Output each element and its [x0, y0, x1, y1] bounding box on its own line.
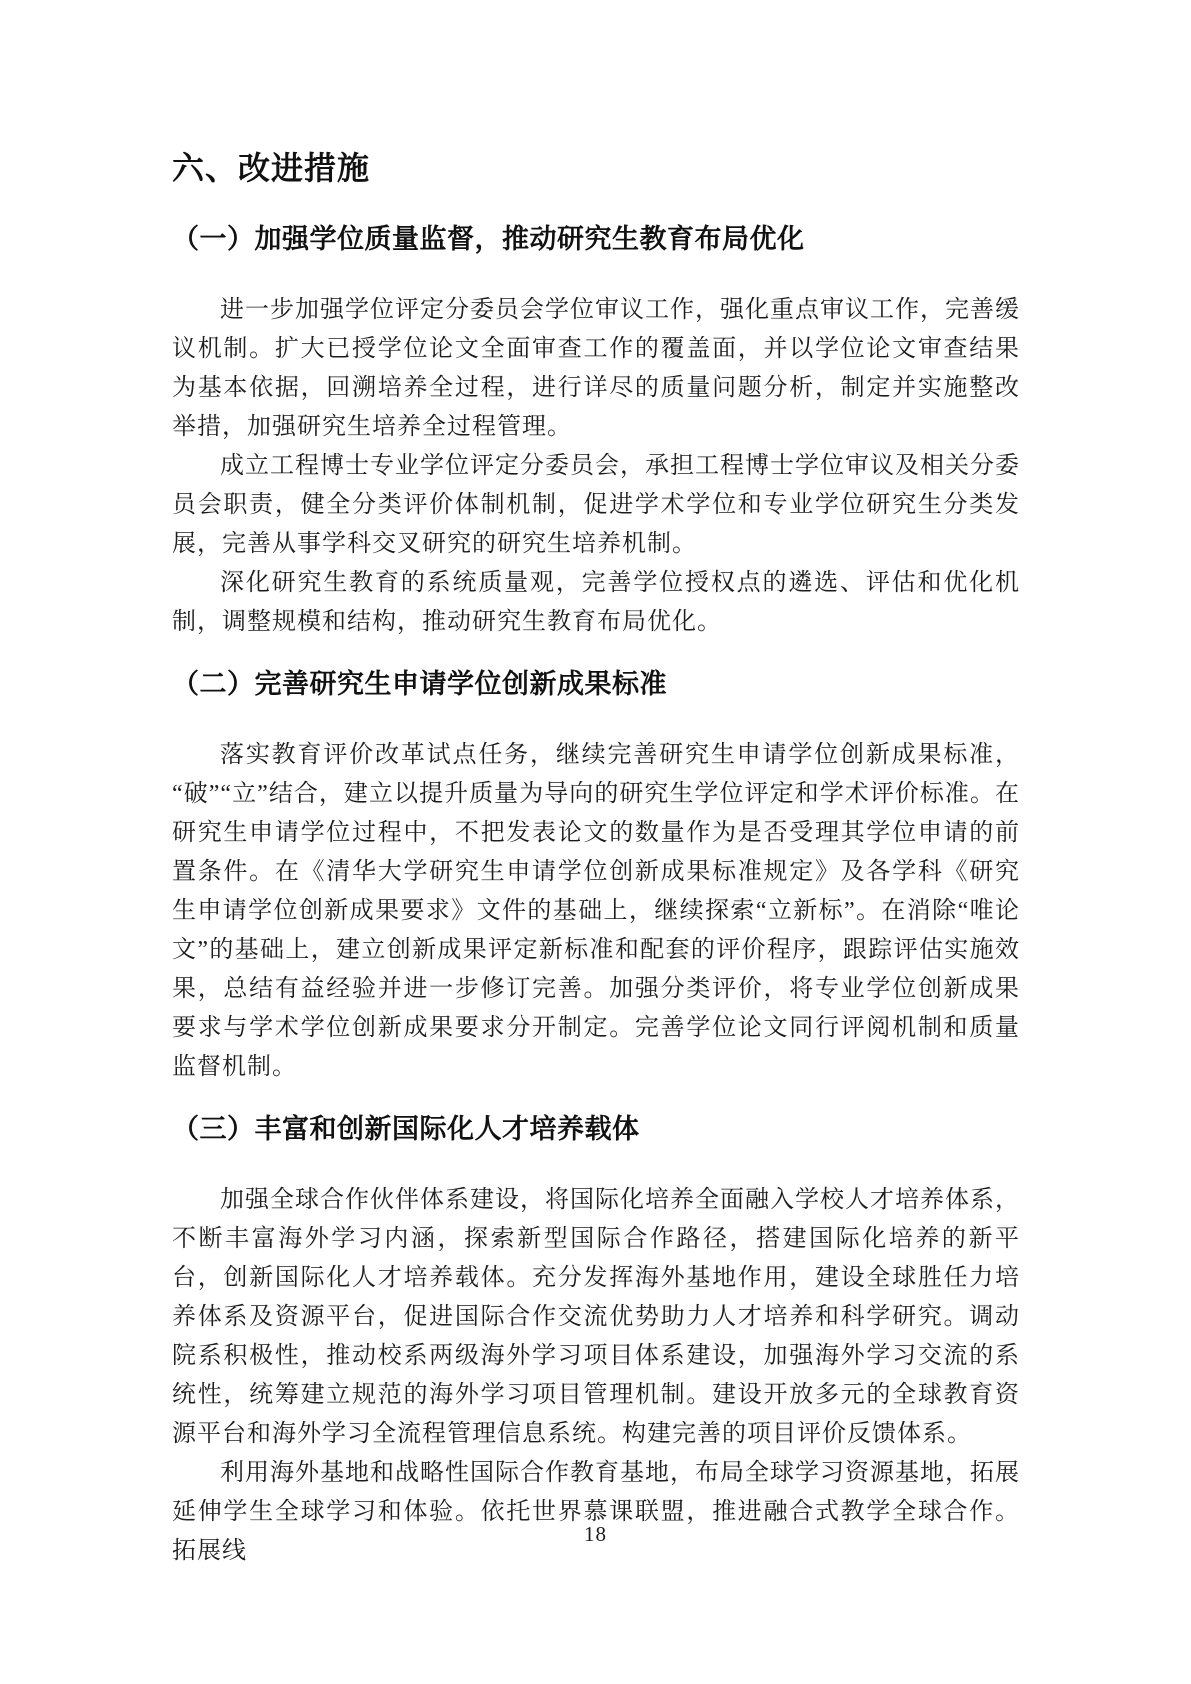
- section-improvement-2: （二）完善研究生申请学位创新成果标准 落实教育评价改革试点任务，继续完善研究生申…: [172, 666, 1020, 1087]
- section-heading: （三）丰富和创新国际化人才培养载体: [172, 1111, 1020, 1147]
- document-page: 六、改进措施 （一）加强学位质量监督，推动研究生教育布局优化 进一步加强学位评定…: [0, 0, 1191, 1684]
- section-improvement-3: （三）丰富和创新国际化人才培养载体 加强全球合作伙伴体系建设，将国际化培养全面融…: [172, 1111, 1020, 1571]
- section-heading: （一）加强学位质量监督，推动研究生教育布局优化: [172, 221, 1020, 257]
- section-improvement-1: （一）加强学位质量监督，推动研究生教育布局优化 进一步加强学位评定分委员会学位审…: [172, 221, 1020, 642]
- page-number: 18: [0, 1522, 1191, 1547]
- page-title: 六、改进措施: [172, 150, 1020, 186]
- paragraph: 利用海外基地和战略性国际合作教育基地，布局全球学习资源基地，拓展延伸学生全球学习…: [172, 1454, 1020, 1571]
- paragraph: 加强全球合作伙伴体系建设，将国际化培养全面融入学校人才培养体系，不断丰富海外学习…: [172, 1181, 1020, 1454]
- paragraph: 进一步加强学位评定分委员会学位审议工作，强化重点审议工作，完善缓议机制。扩大已授…: [172, 291, 1020, 447]
- paragraph: 深化研究生教育的系统质量观，完善学位授权点的遴选、评估和优化机制，调整规模和结构…: [172, 564, 1020, 642]
- paragraph: 落实教育评价改革试点任务，继续完善研究生申请学位创新成果标准，“破”“立”结合，…: [172, 736, 1020, 1087]
- paragraph: 成立工程博士专业学位评定分委员会，承担工程博士学位审议及相关分委员会职责，健全分…: [172, 447, 1020, 564]
- section-heading: （二）完善研究生申请学位创新成果标准: [172, 666, 1020, 702]
